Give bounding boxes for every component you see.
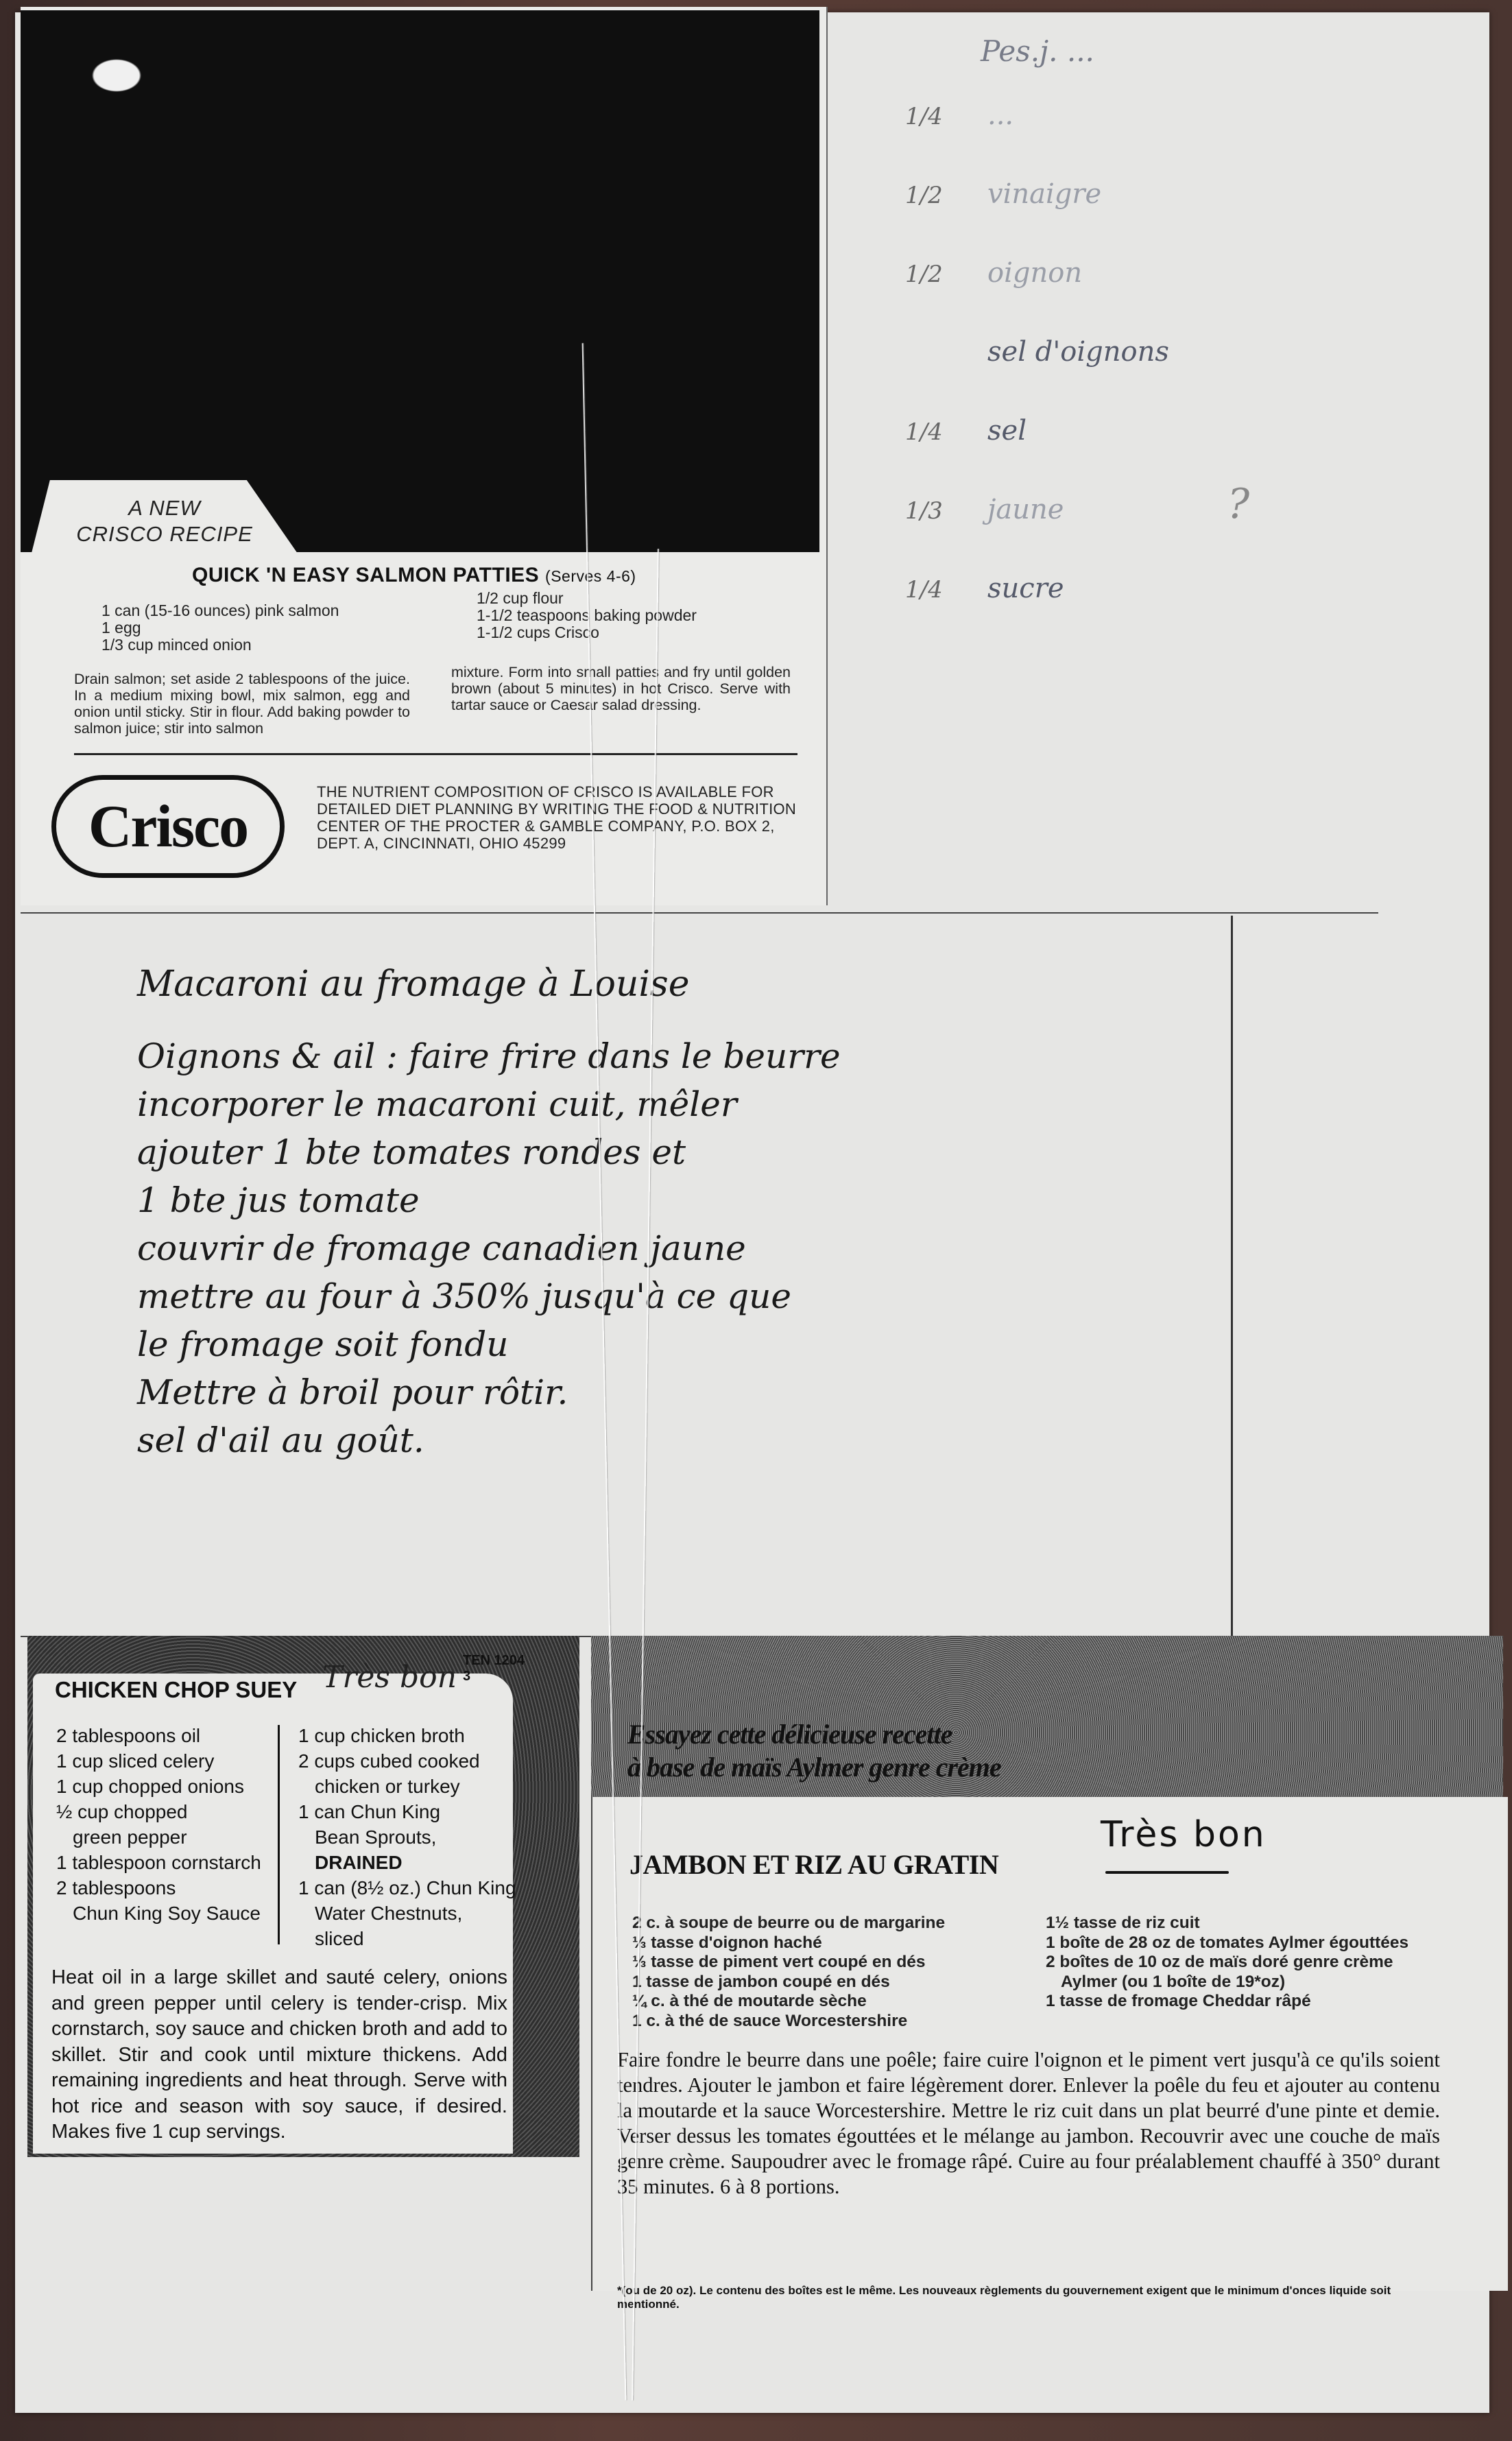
- ingredient: 1-1/2 teaspoons baking powder: [477, 607, 697, 624]
- note-item: sucre: [987, 573, 1064, 604]
- note-quantity: 1/2: [905, 182, 943, 209]
- handwritten-underline: [1105, 1871, 1229, 1874]
- ingredient: 1 boîte de 28 oz de tomates Aylmer égout…: [1046, 1933, 1408, 1953]
- column-divider: [278, 1725, 280, 1944]
- note-item: oignon: [987, 257, 1082, 289]
- headline-line-1: Essayez cette délicieuse recette: [627, 1718, 1001, 1751]
- ingredient: sliced: [298, 1926, 516, 1951]
- serves-text: (Serves 4-6): [545, 567, 636, 585]
- ingredient: ⅓ tasse d'oignon haché: [632, 1933, 945, 1953]
- headline-line-2: à base de maïs Aylmer genre crème: [627, 1751, 1001, 1784]
- ingredient: 1 cup chopped onions: [56, 1774, 261, 1799]
- code-text: TEN 1204: [463, 1653, 525, 1668]
- salmon-patties-photo: [21, 10, 819, 552]
- chop-suey-title: CHICKEN CHOP SUEY: [55, 1677, 297, 1703]
- macaroni-recipe: Macaroni au fromage à Louise Oignons & a…: [137, 964, 841, 1464]
- ingredient: DRAINED: [298, 1850, 516, 1875]
- ingredient: 1-1/2 cups Crisco: [477, 624, 697, 641]
- ingredient: 1 can (15-16 ounces) pink salmon: [101, 602, 339, 619]
- chop-suey-ingredients-right: 1 cup chicken broth2 cups cubed cookedch…: [298, 1723, 516, 1951]
- recipe-badge: A NEW CRISCO RECIPE: [75, 495, 254, 547]
- macaroni-line: sel d'ail au goût.: [137, 1416, 841, 1464]
- macaroni-title: Macaroni au fromage à Louise: [137, 964, 841, 1005]
- note-quantity: 1/4: [905, 418, 943, 446]
- ingredient: 1 tasse de jambon coupé en dés: [632, 1973, 945, 1992]
- badge-line-1: A NEW: [75, 495, 254, 521]
- ingredient: 1/3 cup minced onion: [101, 636, 339, 654]
- ingredient: chicken or turkey: [298, 1774, 516, 1799]
- handwritten-tres-bon-chop: Très bon: [322, 1660, 457, 1695]
- badge-line-2: CRISCO RECIPE: [75, 521, 254, 547]
- margin-line: [1231, 916, 1233, 1636]
- chop-suey-ingredients-left: 2 tablespoons oil1 cup sliced celery1 cu…: [56, 1723, 261, 1926]
- faded-note-heading: Pes.j. ...: [981, 34, 1094, 68]
- macaroni-lines: Oignons & ail : faire frire dans le beur…: [137, 1032, 841, 1464]
- ingredient: Bean Sprouts,: [298, 1824, 516, 1850]
- note-quantity: 1/3: [905, 497, 943, 525]
- note-quantity: 1/4: [905, 576, 943, 604]
- ruled-line-top: [21, 912, 1378, 914]
- crisco-logo: Crisco: [51, 775, 285, 878]
- aylmer-ingredients-left: 2 c. à soupe de beurre ou de margarine⅓ …: [632, 1914, 945, 2031]
- note-item: sel: [987, 415, 1027, 446]
- ingredient: 2 c. à soupe de beurre ou de margarine: [632, 1914, 945, 1933]
- chop-suey-directions: Heat oil in a large skillet and sauté ce…: [51, 1965, 507, 2145]
- nutrient-note: THE NUTRIENT COMPOSITION OF CRISCO IS AV…: [317, 783, 797, 852]
- aylmer-footnote: *(ou de 20 oz). Le contenu des boîtes es…: [617, 2284, 1440, 2311]
- macaroni-line: ajouter 1 bte tomates rondes et: [137, 1128, 841, 1176]
- crisco-logo-text: Crisco: [88, 792, 248, 861]
- handwritten-tres-bon: Très bon: [1101, 1814, 1267, 1855]
- salmon-directions-left: Drain salmon; set aside 2 tablespoons of…: [74, 671, 410, 737]
- ingredient: 1 tablespoon cornstarch: [56, 1850, 261, 1875]
- ingredient: 1½ tasse de riz cuit: [1046, 1914, 1408, 1933]
- ingredient: 1 c. à thé de sauce Worcestershire: [632, 2012, 945, 2032]
- ingredient: ⅓ tasse de piment vert coupé en dés: [632, 1953, 945, 1973]
- note-quantity: 1/4: [905, 103, 943, 130]
- macaroni-line: incorporer le macaroni cuit, mêler: [137, 1080, 841, 1128]
- note-item: sel d'oignons: [987, 336, 1169, 368]
- clipping-code: TEN 12043: [463, 1653, 525, 1684]
- salmon-recipe-title: QUICK 'N EASY SALMON PATTIES (Serves 4-6…: [192, 564, 636, 587]
- aylmer-directions: Faire fondre le beurre dans une poêle; f…: [617, 2047, 1440, 2200]
- ingredient: 1 cup chicken broth: [298, 1723, 516, 1748]
- note-item: vinaigre: [987, 178, 1101, 210]
- jambon-title: JAMBON ET RIZ AU GRATIN: [629, 1848, 998, 1881]
- ingredient: ¼ c. à thé de moutarde sèche: [632, 1992, 945, 2012]
- ingredient: 1 tasse de fromage Cheddar râpé: [1046, 1992, 1408, 2012]
- macaroni-line: mettre au four à 350% jusqu'à ce que: [137, 1272, 841, 1320]
- salmon-title-text: QUICK 'N EASY SALMON PATTIES: [192, 564, 539, 586]
- ingredient: Aylmer (ou 1 boîte de 19*oz): [1046, 1973, 1408, 1992]
- macaroni-line: 1 bte jus tomate: [137, 1176, 841, 1224]
- note-quantity: 1/2: [905, 261, 943, 288]
- ingredient: 1 can Chun King: [298, 1799, 516, 1824]
- note-item: ...: [987, 99, 1013, 131]
- salmon-directions-right: mixture. Form into small patties and fry…: [451, 664, 791, 713]
- ingredient: 1 cup sliced celery: [56, 1748, 261, 1774]
- ingredient: 2 tablespoons oil: [56, 1723, 261, 1748]
- macaroni-line: couvrir de fromage canadien jaune: [137, 1224, 841, 1272]
- ingredient: 2 cups cubed cooked: [298, 1748, 516, 1774]
- aylmer-ingredients-right: 1½ tasse de riz cuit1 boîte de 28 oz de …: [1046, 1914, 1408, 2012]
- ingredient: 1 can (8½ oz.) Chun King: [298, 1875, 516, 1901]
- note-item: jaune: [987, 494, 1064, 525]
- ingredient: Chun King Soy Sauce: [56, 1901, 261, 1926]
- ingredient: 2 boîtes de 10 oz de maïs doré genre crè…: [1046, 1953, 1408, 1973]
- ingredient: ½ cup chopped: [56, 1799, 261, 1824]
- macaroni-line: Oignons & ail : faire frire dans le beur…: [137, 1032, 841, 1080]
- aylmer-headline: Essayez cette délicieuse recette à base …: [627, 1718, 1001, 1784]
- ingredient: 2 tablespoons: [56, 1875, 261, 1901]
- ingredient: Water Chestnuts,: [298, 1901, 516, 1926]
- salmon-ingredients-left: 1 can (15-16 ounces) pink salmon1 egg1/3…: [101, 602, 339, 654]
- side-mark: ?: [1227, 480, 1249, 528]
- macaroni-line: Mettre à broil pour rôtir.: [137, 1368, 841, 1416]
- ingredient: 1 egg: [101, 619, 339, 636]
- macaroni-line: le fromage soit fondu: [137, 1320, 841, 1368]
- ingredient: green pepper: [56, 1824, 261, 1850]
- divider: [74, 753, 797, 755]
- code-sub: 3: [463, 1669, 470, 1684]
